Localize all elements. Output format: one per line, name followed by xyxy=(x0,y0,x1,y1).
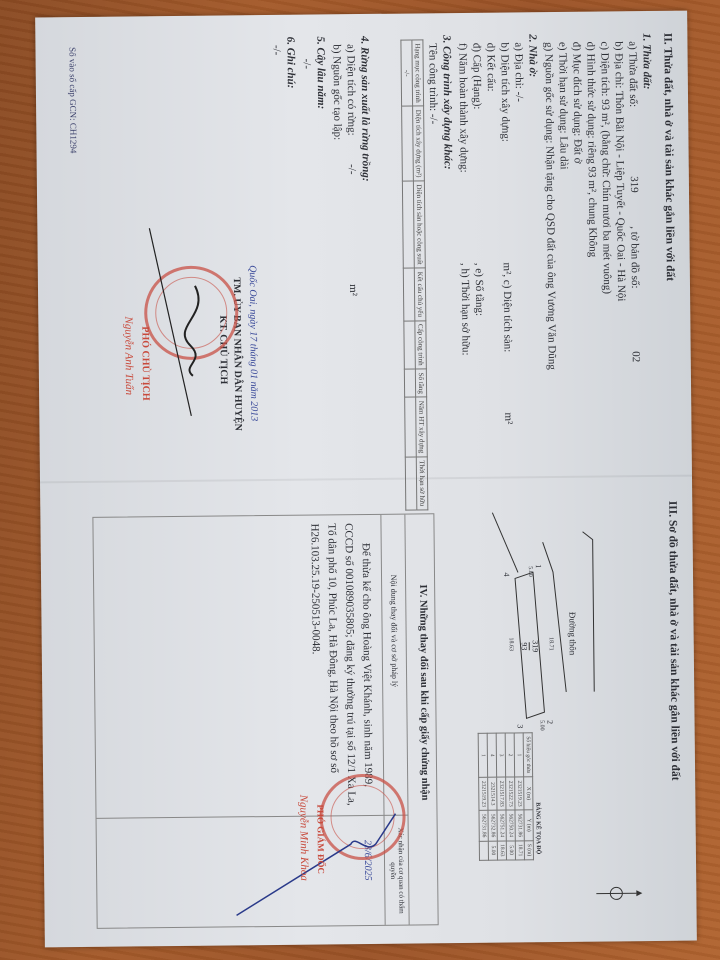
register-number: Số vào sổ cấp GCN: CH1294 xyxy=(67,47,78,153)
table-cell: 562750.24 xyxy=(506,810,515,840)
notes-value: -/- xyxy=(269,45,283,56)
land-purpose: đ) Mục đích sử dụng: Đất ở xyxy=(569,42,584,164)
table-cell: 2321519.23 xyxy=(479,777,488,810)
table-cell xyxy=(404,369,415,397)
section4-title: IV. Những thay đổi sau khi cấp giấy chứn… xyxy=(417,584,430,800)
vertex-label: 2 xyxy=(546,720,555,724)
table-cell: 18.71 xyxy=(515,840,524,859)
change-entry: Để thừa kế cho ông Hoàng Việt Khánh, sin… xyxy=(305,523,376,808)
road-label: Đường thôn xyxy=(567,612,577,655)
col-header: Y (m) xyxy=(524,810,533,840)
col-header: Hạng mục công trình xyxy=(412,40,424,106)
col-header: Diện tích sàn hoặc công suất xyxy=(413,181,425,268)
col-header: Cấp công trình xyxy=(415,320,427,369)
divider xyxy=(404,515,409,925)
signature-title: PHÓ CHỦ TỊCH xyxy=(139,326,151,400)
table-row: 2 2321522.73 562750.24 5.00 xyxy=(505,733,515,860)
land-address: b) Địa chỉ: Thôn Bãi Nội - Liệp Tuyết - … xyxy=(611,41,628,301)
land-certificate-page: II. Thửa đất, nhà ở và tài sản khác gắn … xyxy=(35,11,697,948)
table-cell: 5.00 xyxy=(488,841,497,860)
signer-title: PHÓ GIÁM ĐỐC xyxy=(315,804,326,874)
parcel-number-label: 319 xyxy=(531,640,540,652)
land-area: c) Diện tích: 93 m², (bằng chữ: Chín mươ… xyxy=(597,41,614,294)
signature-scribble xyxy=(686,11,687,12)
section2-title: II. Thửa đất, nhà ở và tài sản khác gắn … xyxy=(661,33,676,281)
land-heading: 1. Thửa đất: xyxy=(639,33,654,90)
table-cell: 562751.24 xyxy=(497,810,506,840)
table-cell: 5.00 xyxy=(506,841,515,860)
rotated-content: II. Thửa đất, nhà ở và tài sản khác gắn … xyxy=(35,11,697,948)
changes-box: IV. Những thay đổi sau khi cấp giấy chứn… xyxy=(92,513,438,929)
col-header: Diện tích xây dựng (m²) xyxy=(413,106,425,181)
table-cell: 562732.86 xyxy=(488,810,497,840)
house-ownership-term: , h) Thời hạn sở hữu: xyxy=(458,263,473,356)
house-heading: 2. Nhà ở: xyxy=(525,34,539,77)
table-cell xyxy=(404,321,416,370)
house-year: f) Năm hoàn thành xây dựng: xyxy=(455,43,470,173)
perennial-heading: 5. Cây lâu năm: xyxy=(313,36,328,109)
table-cell: 562731.86 xyxy=(515,810,524,840)
col-header: X (m) xyxy=(524,777,533,810)
table-cell: 4 xyxy=(487,733,496,777)
signature-name: Nguyễn Anh Tuấn xyxy=(122,316,135,395)
table-cell xyxy=(405,457,417,510)
table-cell: 2321522.73 xyxy=(506,777,515,810)
house-structure: d) Kết cấu: xyxy=(483,43,498,92)
forest-heading: 4. Rừng sản xuất là rừng trồng: xyxy=(357,36,373,182)
table-cell: 562731.86 xyxy=(479,810,488,840)
other-works-table: Hạng mục công trình Diện tích xây dựng (… xyxy=(400,39,428,510)
edge-side2-length: 5.00 xyxy=(539,720,545,731)
table-cell: 1 xyxy=(478,733,487,777)
table-row: 1 2321519.23 562731.86 xyxy=(478,733,488,860)
house-address: a) Địa chỉ: -/- xyxy=(511,42,526,102)
other-works-name: Tên công trình: -/- xyxy=(425,43,440,124)
vertex-label: 4 xyxy=(502,572,511,576)
col-header: S (m) xyxy=(524,840,533,859)
table-cell: 1 xyxy=(514,733,523,777)
col-header: Số tầng xyxy=(415,369,426,397)
vertex-label: 3 xyxy=(516,724,525,728)
col-header: Thời hạn sở hữu xyxy=(416,457,428,510)
parcel-area-label: 93 xyxy=(520,642,530,650)
table-cell: 3 xyxy=(496,733,505,777)
forest-area-unit: m² xyxy=(346,284,360,296)
edge-bottom-length: 18.63 xyxy=(508,637,514,651)
house-build-area: b) Diện tích xây dựng: xyxy=(497,42,512,142)
notes-heading: 6. Ghi chú: xyxy=(283,37,298,89)
table-header-row: Số hiệu góc thửa X (m) Y (m) S (m) xyxy=(523,733,533,860)
other-works-heading: 3. Công trình xây dựng khác: xyxy=(439,35,454,169)
forest-area-label: a) Diện tích có rừng: xyxy=(343,44,358,136)
signer-name: Nguyễn Minh Khoa xyxy=(297,795,310,881)
table-cell: 2 xyxy=(505,733,514,777)
table-cell: 18.63 xyxy=(497,841,506,860)
house-grade: đ) Cấp (Hạng): xyxy=(469,43,484,110)
vertex-label: 1 xyxy=(534,564,543,568)
table-cell: 2321519.23 xyxy=(515,777,524,810)
signature-place-date: Quốc Oai, ngày 17 tháng 01 năm 2013 xyxy=(247,265,260,421)
table-cell xyxy=(479,841,488,860)
divider xyxy=(380,515,385,925)
table-cell xyxy=(405,397,417,457)
table-cell xyxy=(403,268,415,320)
col-header: Kết cấu chủ yếu xyxy=(414,268,426,320)
table-cell: -/- xyxy=(401,40,413,106)
house-floor-area: m², c) Diện tích sàn: xyxy=(500,262,515,352)
land-map-sheet-no: 02 xyxy=(629,351,643,362)
table-cell: 2321514.3 xyxy=(488,777,497,810)
land-parcel-label: a) Thửa đất số: xyxy=(625,41,640,107)
land-use-form: d) Hình thức sử dụng: riêng 93 m², chung… xyxy=(583,42,599,258)
coord-table: Số hiệu góc thửa X (m) Y (m) S (m) 1 232… xyxy=(478,732,534,860)
col-header: Số hiệu góc thửa xyxy=(523,733,532,777)
edge-side1-length: 5.00 xyxy=(527,566,533,577)
col-header: Năm HT xây dựng xyxy=(416,397,428,457)
table-cell xyxy=(402,106,414,181)
house-floors: , e) Số tầng: xyxy=(472,263,487,316)
coord-table-title: BẢNG KÊ TỌA ĐỘ xyxy=(534,802,541,854)
forest-area-value: -/- xyxy=(345,164,359,175)
land-term: e) Thời hạn sử dụng: Lâu dài xyxy=(555,42,570,170)
edge-top-length: 18.71 xyxy=(548,637,554,651)
table-row: 3 2321517.83 562751.24 18.63 xyxy=(496,733,506,860)
table-row: 1 2321519.23 562731.86 18.71 xyxy=(514,733,524,860)
house-floor-unit: m² xyxy=(501,412,515,424)
table-cell: 2321517.83 xyxy=(497,777,506,810)
land-parcel-no: 319 xyxy=(627,176,641,193)
land-map-sheet-label: , tờ bản đồ số: xyxy=(627,226,642,288)
section3-title: III. Sơ đồ thửa đất, nhà ở và tài sản kh… xyxy=(666,501,681,781)
perennial-value: -/- xyxy=(300,59,314,70)
table-row: 4 2321514.3 562732.86 5.00 xyxy=(487,733,497,860)
table-cell xyxy=(402,181,414,268)
col-content-header: Nội dung thay đổi và cơ sở pháp lý xyxy=(389,575,399,688)
forest-origin: b) Nguồn gốc tạo lập: xyxy=(329,44,344,140)
